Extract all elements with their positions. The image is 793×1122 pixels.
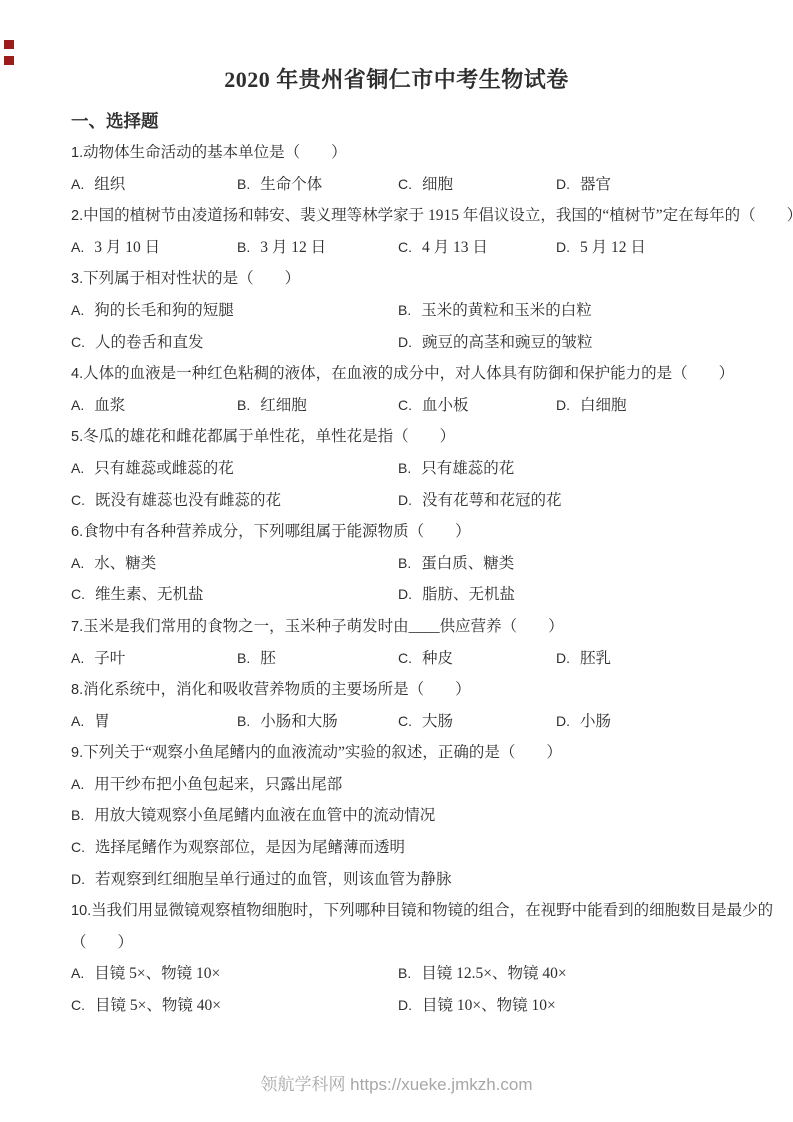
option-label: A. <box>71 460 84 476</box>
watermark: 领航学科网 https://xueke.jmkzh.com <box>0 1070 793 1095</box>
option-label: D. <box>556 713 570 729</box>
option-c: C.血小板 <box>398 390 556 422</box>
option-a: A.子叶 <box>71 643 237 675</box>
option-text: 5 月 12 日 <box>580 239 646 256</box>
options-row: A.胃B.小肠和大肠C.大肠D.小肠 <box>71 706 738 738</box>
options-row: C.维生素、无机盐D.脂肪、无机盐 <box>71 579 738 611</box>
option-b: B.3 月 12 日 <box>237 232 398 264</box>
question-body: 食物中有各种营养成分，下列哪组属于能源物质（ ） <box>83 523 471 540</box>
option-c: C.既没有雄蕊也没有雌蕊的花 <box>71 485 398 517</box>
option-text: 脂肪、无机盐 <box>422 586 515 603</box>
section-heading: 一、选择题 <box>71 111 738 131</box>
option-label: C. <box>398 397 412 413</box>
option-b: B.目镜 12.5×、物镜 40× <box>398 958 567 990</box>
option-c: C.目镜 5×、物镜 40× <box>71 990 398 1022</box>
options-row: A.血浆B.红细胞C.血小板D.白细胞 <box>71 390 738 422</box>
option-label: C. <box>71 586 85 602</box>
option-b: B.红细胞 <box>237 390 398 422</box>
question-body: 下列关于“观察小鱼尾鳍内的血液流动”实验的叙述，正确的是（ ） <box>83 744 562 761</box>
option-text: 组织 <box>94 176 125 193</box>
option-label: C. <box>71 997 85 1013</box>
exam-body: 一、选择题 1.动物体生命活动的基本单位是（ ）A.组织B.生命个体C.细胞D.… <box>71 111 738 1022</box>
option-label: C. <box>71 839 85 855</box>
question-number: 9. <box>71 745 83 761</box>
option-d: D.没有花萼和花冠的花 <box>398 485 562 517</box>
options-row: C.选择尾鳍作为观察部位，是因为尾鳍薄而透明 <box>71 832 738 864</box>
option-a: A.只有雄蕊或雌蕊的花 <box>71 453 398 485</box>
option-b: B.用放大镜观察小鱼尾鳍内血液在血管中的流动情况 <box>71 800 435 832</box>
options-row: B.用放大镜观察小鱼尾鳍内血液在血管中的流动情况 <box>71 800 738 832</box>
exam-page: 2020 年贵州省铜仁市中考生物试卷 一、选择题 1.动物体生命活动的基本单位是… <box>0 0 793 1122</box>
question-number: 7. <box>71 619 83 635</box>
option-a: A.狗的长毛和狗的短腿 <box>71 295 398 327</box>
option-label: D. <box>556 176 570 192</box>
option-label: A. <box>71 713 84 729</box>
option-c: C.选择尾鳍作为观察部位，是因为尾鳍薄而透明 <box>71 832 405 864</box>
question-number: 3. <box>71 271 83 287</box>
option-d: D.小肠 <box>556 706 611 738</box>
option-text: 子叶 <box>94 650 125 667</box>
question-number: 6. <box>71 524 83 540</box>
question-body: 动物体生命活动的基本单位是（ ） <box>83 144 347 161</box>
option-d: D.若观察到红细胞呈单行通过的血管，则该血管为静脉 <box>71 864 452 896</box>
option-b: B.只有雄蕊的花 <box>398 453 514 485</box>
option-c: C.大肠 <box>398 706 556 738</box>
question-body: 当我们用显微镜观察植物细胞时，下列哪种目镜和物镜的组合，在视野中能看到的细胞数目… <box>91 902 773 919</box>
options-row: A.子叶B.胚C.种皮D.胚乳 <box>71 643 738 675</box>
option-d: D.豌豆的高茎和豌豆的皱粒 <box>398 327 593 359</box>
question-number: 2. <box>71 208 83 224</box>
question-body: 消化系统中，消化和吸收营养物质的主要场所是（ ） <box>83 681 471 698</box>
questions-list: 1.动物体生命活动的基本单位是（ ）A.组织B.生命个体C.细胞D.器官2.中国… <box>71 137 738 1022</box>
option-label: A. <box>71 555 84 571</box>
option-text: 胃 <box>94 713 110 730</box>
option-label: A. <box>71 239 84 255</box>
option-a: A.目镜 5×、物镜 10× <box>71 958 398 990</box>
option-text: 3 月 10 日 <box>94 239 160 256</box>
option-label: B. <box>398 302 411 318</box>
red-square-marker-icon <box>4 40 14 49</box>
option-d: D.脂肪、无机盐 <box>398 579 515 611</box>
option-text: 只有雄蕊的花 <box>421 460 514 477</box>
option-text: 既没有雄蕊也没有雌蕊的花 <box>95 492 281 509</box>
option-a: A.水、糖类 <box>71 548 398 580</box>
options-row: C.人的卷舌和直发D.豌豆的高茎和豌豆的皱粒 <box>71 327 738 359</box>
option-text: 选择尾鳍作为观察部位，是因为尾鳍薄而透明 <box>95 839 405 856</box>
option-text: 用放大镜观察小鱼尾鳍内血液在血管中的流动情况 <box>94 807 435 824</box>
option-text: 大肠 <box>422 713 453 730</box>
option-c: C.维生素、无机盐 <box>71 579 398 611</box>
options-row: A.狗的长毛和狗的短腿B.玉米的黄粒和玉米的白粒 <box>71 295 738 327</box>
option-text: 小肠 <box>580 713 611 730</box>
option-label: D. <box>398 334 412 350</box>
option-text: 白细胞 <box>580 397 627 414</box>
question-body: 下列属于相对性状的是（ ） <box>83 270 300 287</box>
option-label: C. <box>71 334 85 350</box>
option-text: 维生素、无机盐 <box>95 586 204 603</box>
option-b: B.胚 <box>237 643 398 675</box>
question-text: 7.玉米是我们常用的食物之一，玉米种子萌发时由____供应营养（ ） <box>71 611 738 643</box>
option-text: 血小板 <box>422 397 469 414</box>
option-label: D. <box>398 997 412 1013</box>
question-text: 6.食物中有各种营养成分，下列哪组属于能源物质（ ） <box>71 516 738 548</box>
options-row: A.只有雄蕊或雌蕊的花B.只有雄蕊的花 <box>71 453 738 485</box>
question-number: 5. <box>71 429 83 445</box>
option-c: C.4 月 13 日 <box>398 232 556 264</box>
question-text: 5.冬瓜的雄花和雌花都属于单性花，单性花是指（ ） <box>71 421 738 453</box>
page-title: 2020 年贵州省铜仁市中考生物试卷 <box>0 0 793 94</box>
option-text: 目镜 5×、物镜 40× <box>95 997 221 1014</box>
option-text: 水、糖类 <box>94 555 156 572</box>
option-a: A.用干纱布把小鱼包起来，只露出尾部 <box>71 769 342 801</box>
option-label: B. <box>398 460 411 476</box>
question-body: 人体的血液是一种红色粘稠的液体，在血液的成分中，对人体具有防御和保护能力的是（ … <box>83 365 734 382</box>
option-c: C.人的卷舌和直发 <box>71 327 398 359</box>
option-label: A. <box>71 176 84 192</box>
option-text: 红细胞 <box>260 397 307 414</box>
option-label: D. <box>398 492 412 508</box>
options-row: A.组织B.生命个体C.细胞D.器官 <box>71 169 738 201</box>
option-d: D.目镜 10×、物镜 10× <box>398 990 556 1022</box>
question-text-continued: （ ） <box>71 927 738 959</box>
question-text: 2.中国的植树节由凌道扬和韩安、裴义理等林学家于 1915 年倡议设立，我国的“… <box>71 200 738 232</box>
question-text: 1.动物体生命活动的基本单位是（ ） <box>71 137 738 169</box>
option-text: 胚 <box>260 650 276 667</box>
option-label: B. <box>237 713 250 729</box>
option-label: B. <box>71 807 84 823</box>
option-text: 蛋白质、糖类 <box>421 555 514 572</box>
option-text: 种皮 <box>422 650 453 667</box>
question-text: 3.下列属于相对性状的是（ ） <box>71 263 738 295</box>
option-text: 若观察到红细胞呈单行通过的血管，则该血管为静脉 <box>95 871 452 888</box>
options-row: A.目镜 5×、物镜 10×B.目镜 12.5×、物镜 40× <box>71 958 738 990</box>
options-row: C.目镜 5×、物镜 40×D.目镜 10×、物镜 10× <box>71 990 738 1022</box>
option-b: B.蛋白质、糖类 <box>398 548 514 580</box>
question-number: 4. <box>71 366 83 382</box>
question-text: 9.下列关于“观察小鱼尾鳍内的血液流动”实验的叙述，正确的是（ ） <box>71 737 738 769</box>
option-d: D.胚乳 <box>556 643 611 675</box>
option-text: 玉米的黄粒和玉米的白粒 <box>421 302 592 319</box>
option-text: 4 月 13 日 <box>422 239 488 256</box>
option-a: A.3 月 10 日 <box>71 232 237 264</box>
option-text: 目镜 5×、物镜 10× <box>94 965 220 982</box>
option-label: C. <box>71 492 85 508</box>
option-d: D.5 月 12 日 <box>556 232 646 264</box>
option-text: 狗的长毛和狗的短腿 <box>94 302 234 319</box>
option-b: B.小肠和大肠 <box>237 706 398 738</box>
option-label: D. <box>556 239 570 255</box>
option-label: C. <box>398 713 412 729</box>
option-label: D. <box>71 871 85 887</box>
option-label: D. <box>556 397 570 413</box>
question-number: 8. <box>71 682 83 698</box>
red-square-marker-icon <box>4 56 14 65</box>
options-row: A.水、糖类B.蛋白质、糖类 <box>71 548 738 580</box>
option-text: 豌豆的高茎和豌豆的皱粒 <box>422 334 593 351</box>
options-row: D.若观察到红细胞呈单行通过的血管，则该血管为静脉 <box>71 864 738 896</box>
option-text: 目镜 10×、物镜 10× <box>422 997 556 1014</box>
option-label: B. <box>237 176 250 192</box>
option-text: 小肠和大肠 <box>260 713 338 730</box>
question-text: 8.消化系统中，消化和吸收营养物质的主要场所是（ ） <box>71 674 738 706</box>
option-text: 只有雄蕊或雌蕊的花 <box>94 460 234 477</box>
option-label: D. <box>556 650 570 666</box>
option-c: C.种皮 <box>398 643 556 675</box>
option-text: 用干纱布把小鱼包起来，只露出尾部 <box>94 776 342 793</box>
option-label: B. <box>237 239 250 255</box>
question-body: 冬瓜的雄花和雌花都属于单性花，单性花是指（ ） <box>83 428 455 445</box>
option-text: 器官 <box>580 176 611 193</box>
option-d: D.白细胞 <box>556 390 627 422</box>
option-d: D.器官 <box>556 169 611 201</box>
option-label: B. <box>398 555 411 571</box>
option-label: D. <box>398 586 412 602</box>
option-text: 胚乳 <box>580 650 611 667</box>
option-label: A. <box>71 302 84 318</box>
option-a: A.组织 <box>71 169 237 201</box>
options-row: A.3 月 10 日B.3 月 12 日C.4 月 13 日D.5 月 12 日 <box>71 232 738 264</box>
option-label: C. <box>398 176 412 192</box>
question-body: 中国的植树节由凌道扬和韩安、裴义理等林学家于 1915 年倡议设立，我国的“植树… <box>83 207 793 224</box>
option-label: A. <box>71 776 84 792</box>
question-text: 10.当我们用显微镜观察植物细胞时，下列哪种目镜和物镜的组合，在视野中能看到的细… <box>71 895 738 927</box>
option-label: C. <box>398 650 412 666</box>
option-b: B.生命个体 <box>237 169 398 201</box>
option-label: A. <box>71 397 84 413</box>
question-body: 玉米是我们常用的食物之一，玉米种子萌发时由____供应营养（ ） <box>83 618 564 635</box>
question-number: 1. <box>71 145 83 161</box>
option-text: 3 月 12 日 <box>260 239 326 256</box>
option-text: 细胞 <box>422 176 453 193</box>
option-label: C. <box>398 239 412 255</box>
question-number: 10. <box>71 903 91 919</box>
option-text: 目镜 12.5×、物镜 40× <box>421 965 566 982</box>
option-label: A. <box>71 650 84 666</box>
option-label: B. <box>237 650 250 666</box>
option-label: B. <box>398 965 411 981</box>
option-a: A.胃 <box>71 706 237 738</box>
option-b: B.玉米的黄粒和玉米的白粒 <box>398 295 592 327</box>
option-text: 人的卷舌和直发 <box>95 334 204 351</box>
option-label: B. <box>237 397 250 413</box>
option-a: A.血浆 <box>71 390 237 422</box>
option-text: 血浆 <box>94 397 125 414</box>
option-label: A. <box>71 965 84 981</box>
options-row: C.既没有雄蕊也没有雌蕊的花D.没有花萼和花冠的花 <box>71 485 738 517</box>
option-c: C.细胞 <box>398 169 556 201</box>
option-text: 生命个体 <box>260 176 322 193</box>
options-row: A.用干纱布把小鱼包起来，只露出尾部 <box>71 769 738 801</box>
question-text: 4.人体的血液是一种红色粘稠的液体，在血液的成分中，对人体具有防御和保护能力的是… <box>71 358 738 390</box>
option-text: 没有花萼和花冠的花 <box>422 492 562 509</box>
